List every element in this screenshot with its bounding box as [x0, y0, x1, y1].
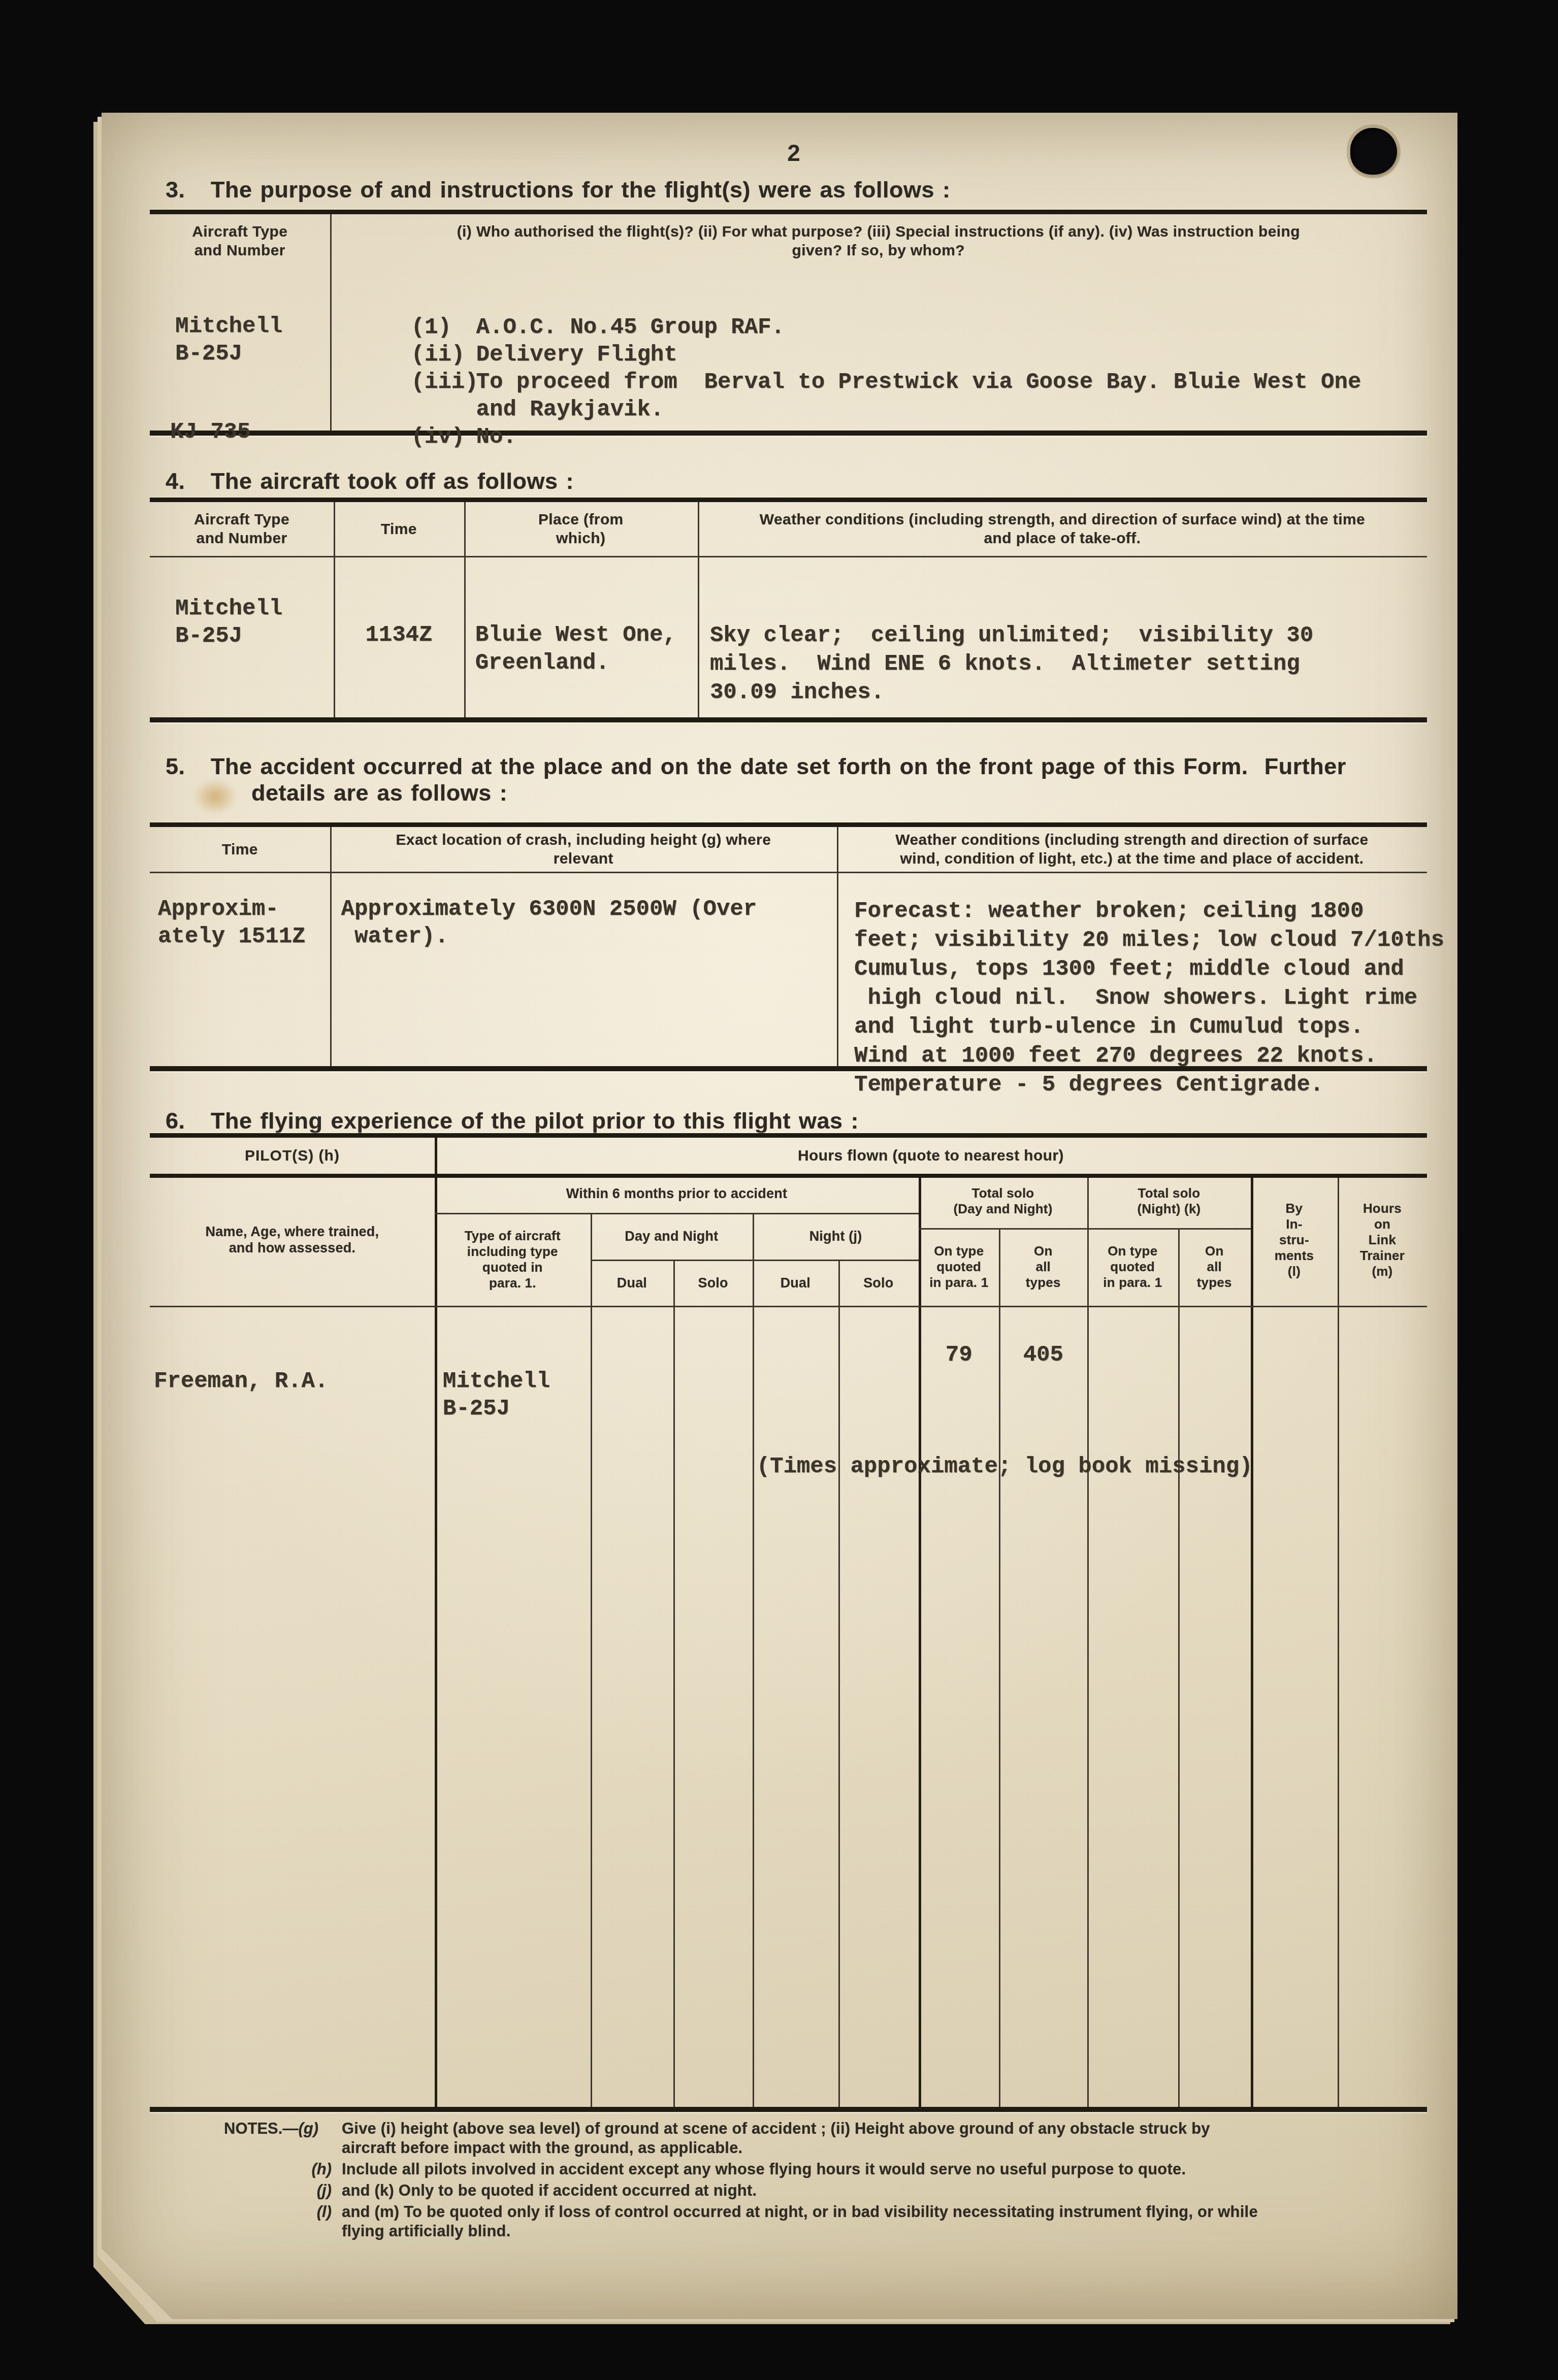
s5-time-value: Approxim- ately 1511Z [158, 896, 305, 950]
section-3-heading: 3. The purpose of and instructions for t… [166, 177, 951, 203]
s6-header-on-type-night: On type quoted in para. 1 [1087, 1228, 1178, 1306]
s6-header-on-type-dn: On type quoted in para. 1 [919, 1228, 999, 1306]
item-number: (1) [330, 314, 476, 341]
rule-line [591, 1213, 592, 2107]
s6-pilot-name-value: Freeman, R.A. [154, 1368, 328, 1395]
s3-aircraft-serial: KJ 735 [170, 418, 250, 446]
scan-background: 2 3. The purpose of and instructions for… [0, 0, 1558, 2380]
section-6-number: 6. [166, 1108, 211, 1134]
s6-solo-on-type-value: 79 [919, 1341, 999, 1369]
section-4-table: Aircraft Type and Number Time Place (fro… [150, 498, 1427, 722]
rule-line [1178, 1228, 1180, 2107]
s6-header-solo-night: Solo [838, 1260, 919, 1306]
notes-label-l: (l) [224, 2202, 335, 2241]
rule-line [1251, 1174, 1253, 2107]
s4-col-header-time: Time [334, 502, 464, 556]
item-text: To proceed from Berval to Prestwick via … [476, 369, 1361, 423]
section-3-heading-text: The purpose of and instructions for the … [211, 177, 951, 203]
s6-header-by-instruments: By In- stru- ments (l) [1251, 1174, 1338, 1306]
s6-header-on-all-night: On all types [1178, 1228, 1251, 1306]
punch-hole-icon [1350, 128, 1397, 175]
rule-line [753, 1213, 754, 2107]
section-4-number: 4. [166, 468, 211, 494]
s6-aircraft-type-value: Mitchell B-25J [443, 1368, 550, 1423]
s6-header-total-solo-night: Total solo (Night) (k) [1087, 1174, 1251, 1228]
list-item: (ii) Delivery Flight [330, 341, 1427, 369]
section-4-heading-text: The aircraft took off as follows : [211, 468, 574, 494]
s4-col-header-place: Place (from which) [464, 502, 698, 556]
s3-col-header-instructions: (i) Who authorised the flight(s)? (ii) F… [330, 222, 1427, 260]
rule-line [1087, 1174, 1089, 2107]
item-number: (iv) [330, 423, 476, 451]
notes-block: NOTES.—(g) Give (i) height (above sea le… [224, 2119, 1443, 2241]
notes-text-l: and (m) To be quoted only if loss of con… [342, 2202, 1443, 2241]
rule-line [1338, 1174, 1339, 2107]
section-5-number: 5. [166, 753, 211, 806]
s3-col-header-aircraft: Aircraft Type and Number [150, 222, 330, 260]
item-text: A.O.C. No.45 Group RAF. [476, 314, 785, 341]
section-3-table: Aircraft Type and Number (i) Who authori… [150, 210, 1427, 436]
s5-weather-value: Forecast: weather broken; ceiling 1800 f… [854, 897, 1444, 1100]
notes-text-g: Give (i) height (above sea level) of gro… [342, 2119, 1443, 2158]
s4-time-value: 1134Z [334, 621, 464, 649]
item-text: Delivery Flight [476, 341, 677, 369]
s6-header-type-of-aircraft: Type of aircraft including type quoted i… [435, 1213, 591, 1306]
item-text: No. [476, 423, 516, 451]
s6-header-within-6-months: Within 6 months prior to accident [435, 1174, 919, 1213]
section-3-number: 3. [166, 177, 211, 203]
s5-location-value: Approximately 6300N 2500W (Over water). [341, 896, 757, 950]
document-page: 2 3. The purpose of and instructions for… [102, 113, 1457, 2319]
section-6-heading-text: The flying experience of the pilot prior… [211, 1108, 859, 1134]
item-number: (iii) [330, 369, 476, 423]
s3-instruction-list: (1) A.O.C. No.45 Group RAF. (ii) Deliver… [330, 314, 1427, 451]
s6-header-name: Name, Age, where trained, and how assess… [150, 1174, 435, 1306]
notes-text-h: Include all pilots involved in accident … [342, 2160, 1443, 2179]
s4-weather-value: Sky clear; ceiling unlimited; visibility… [710, 621, 1313, 707]
item-number: (ii) [330, 341, 476, 369]
section-6-heading: 6. The flying experience of the pilot pr… [166, 1108, 859, 1134]
notes-title: NOTES.— [224, 2120, 298, 2137]
rule-line [150, 872, 1427, 873]
list-item: (iii) To proceed from Berval to Prestwic… [330, 369, 1427, 423]
s6-times-note: (Times approximate; log book missing) [757, 1453, 1253, 1480]
s5-col-header-weather: Weather conditions (including strength a… [837, 827, 1427, 872]
rule-line [150, 556, 1427, 557]
s6-solo-all-types-value: 405 [999, 1341, 1087, 1369]
list-item: (1) A.O.C. No.45 Group RAF. [330, 314, 1427, 341]
s6-header-hours-flown: Hours flown (quote to nearest hour) [435, 1138, 1427, 1174]
notes-text-j: and (k) Only to be quoted if accident oc… [342, 2181, 1443, 2200]
s6-header-dual-night: Dual [753, 1260, 838, 1306]
s4-aircraft-value: Mitchell B-25J [175, 595, 282, 650]
notes-label-g: NOTES.—(g) [224, 2119, 335, 2158]
rule-line [919, 1174, 921, 2107]
rule-line [150, 1306, 1427, 1307]
s4-place-value: Bluie West One, Greenland. [475, 621, 676, 677]
rule-line [838, 1260, 840, 2107]
s6-header-on-all-dn: On all types [999, 1228, 1087, 1306]
s6-header-night: Night (j) [753, 1213, 919, 1260]
s6-header-day-and-night: Day and Night [591, 1213, 753, 1260]
s5-col-header-location: Exact location of crash, including heigh… [330, 827, 837, 872]
section-5-heading: 5. The accident occurred at the place an… [166, 753, 1346, 806]
s6-header-pilots: PILOT(S) (h) [150, 1138, 435, 1174]
section-5-heading-text: The accident occurred at the place and o… [211, 753, 1346, 806]
section-6-table: PILOT(S) (h) Hours flown (quote to neare… [150, 1133, 1427, 2112]
s6-header-total-solo-day-night: Total solo (Day and Night) [919, 1174, 1087, 1228]
s6-header-link-trainer: Hours on Link Trainer (m) [1338, 1174, 1427, 1306]
page-number: 2 [116, 139, 1472, 167]
section-4-heading: 4. The aircraft took off as follows : [166, 468, 574, 494]
section-5-table: Time Exact location of crash, including … [150, 822, 1427, 1071]
s4-col-header-weather: Weather conditions (including strength, … [698, 502, 1427, 556]
list-item: (iv) No. [330, 423, 1427, 451]
s4-col-header-aircraft: Aircraft Type and Number [150, 502, 334, 556]
s5-col-header-time: Time [150, 827, 330, 872]
s6-header-dual-day: Dual [591, 1260, 673, 1306]
notes-label-j: (j) [224, 2181, 335, 2200]
notes-label-h: (h) [224, 2160, 335, 2179]
rule-line [673, 1260, 675, 2107]
s6-header-solo-day: Solo [673, 1260, 753, 1306]
s3-aircraft-type: Mitchell B-25J [175, 313, 282, 368]
